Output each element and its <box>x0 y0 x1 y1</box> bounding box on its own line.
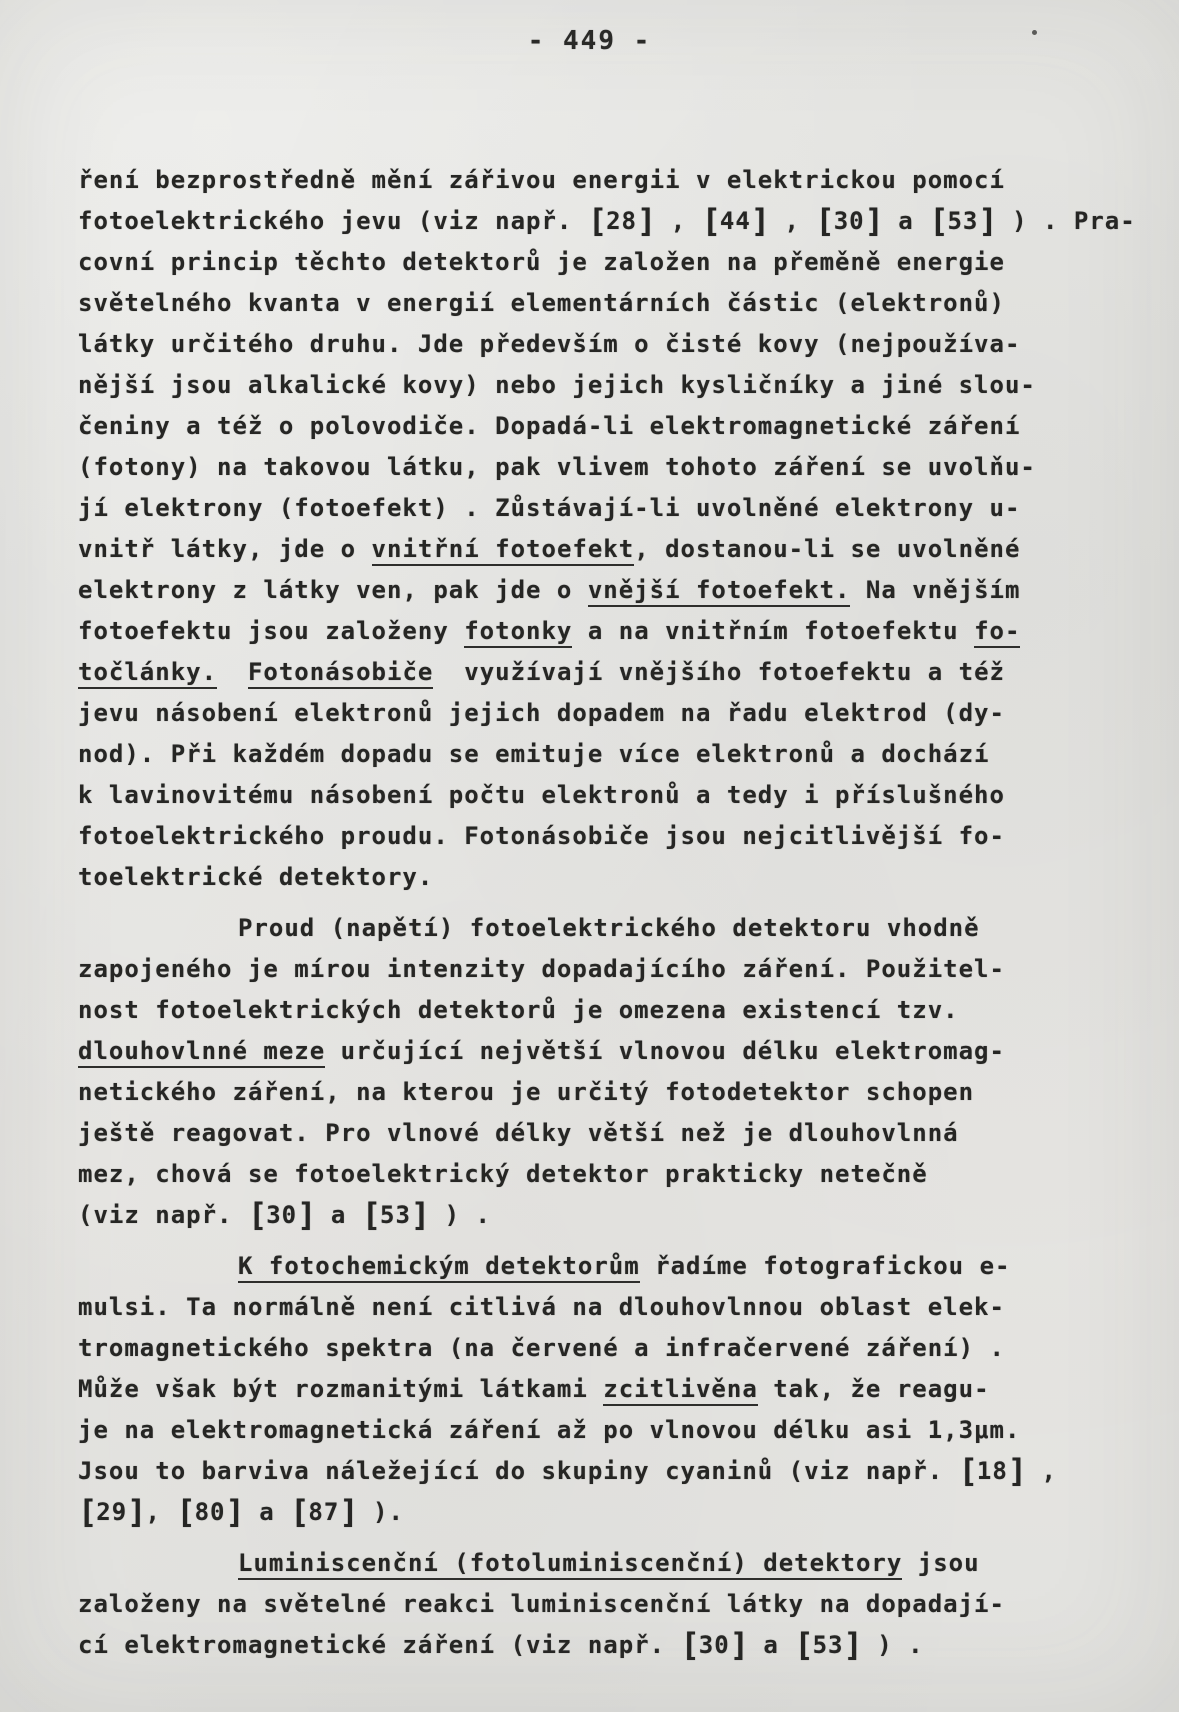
citation-ref: [30] <box>681 1631 748 1659</box>
citation-ref: [28] <box>588 207 655 235</box>
text-line: vnitř látky, jde o vnitřní fotoefekt, do… <box>78 529 1138 570</box>
text-line: dlouhovlnné meze určující největší vlnov… <box>78 1031 1138 1072</box>
citation-ref: [80] <box>176 1498 243 1526</box>
text-segment: ření bezprostředně mění zářivou energii … <box>78 166 1005 194</box>
text-line: nod). Při každém dopadu se emituje více … <box>78 734 1138 775</box>
text-segment: jí elektrony (fotoefekt) . Zůstávají-li … <box>78 494 1020 522</box>
text-segment: Může však být rozmanitými látkami <box>78 1375 603 1403</box>
text-segment: řadíme fotografickou e- <box>640 1252 1011 1280</box>
text-segment: nější jsou alkalické kovy) nebo jejich k… <box>78 371 1036 399</box>
underlined-term: vnitřní fotoefekt <box>372 535 635 566</box>
text-segment: mulsi. Ta normálně není citlivá na dlouh… <box>78 1293 1005 1321</box>
text-segment: mez, chová se fotoelektrický detektor pr… <box>78 1160 928 1188</box>
text-segment: nod). Při každém dopadu se emituje více … <box>78 740 990 768</box>
text-segment: a na vnitřním fotoefektu <box>572 617 974 645</box>
text-segment: světelného kvanta v energií elementárníc… <box>78 289 1005 317</box>
text-line: ření bezprostředně mění zářivou energii … <box>78 160 1138 201</box>
text-line: K fotochemickým detektorům řadíme fotogr… <box>78 1246 1138 1287</box>
text-segment: je na elektromagnetická záření až po vln… <box>78 1416 1020 1444</box>
text-line: (viz např. [30] a [53] ) . <box>78 1195 1138 1236</box>
text-line: elektrony z látky ven, pak jde o vnější … <box>78 570 1138 611</box>
text-line: ještě reagovat. Pro vlnové délky větší n… <box>78 1113 1138 1154</box>
text-segment: covní princip těchto detektorů je založe… <box>78 248 1005 276</box>
document-body: ření bezprostředně mění zářivou energii … <box>78 160 1138 1666</box>
text-segment: fotoelektrického jevu (viz např. <box>78 207 588 235</box>
text-segment: cí elektromagnetické záření (viz např. <box>78 1631 681 1659</box>
text-line: zapojeného je mírou intenzity dopadající… <box>78 949 1138 990</box>
text-segment: netického záření, na kterou je určitý fo… <box>78 1078 974 1106</box>
underlined-term: točlánky. <box>78 658 217 689</box>
text-segment: (viz např. <box>78 1201 248 1229</box>
underlined-term: Fotonásobiče <box>248 658 433 689</box>
text-segment: využívají vnějšího fotoefektu a též <box>433 658 1005 686</box>
text-line: toelektrické detektory. <box>78 857 1138 898</box>
citation-ref: [44] <box>702 207 769 235</box>
text-line: netického záření, na kterou je určitý fo… <box>78 1072 1138 1113</box>
text-segment: ). <box>358 1498 404 1526</box>
text-line: nost fotoelektrických detektorů je omeze… <box>78 990 1138 1031</box>
text-line: založeny na světelné reakci luminiscenčn… <box>78 1584 1138 1625</box>
text-segment: jevu násobení elektronů jejich dopadem n… <box>78 699 1005 727</box>
underlined-term: Luminiscenční (fotoluminiscenční) detekt… <box>238 1549 902 1580</box>
citation-ref: [53] <box>929 207 996 235</box>
text-line: fotoelektrického proudu. Fotonásobiče js… <box>78 816 1138 857</box>
underlined-term: dlouhovlnné meze <box>78 1037 325 1068</box>
citation-ref: [30] <box>248 1201 315 1229</box>
text-line: jí elektrony (fotoefekt) . Zůstávají-li … <box>78 488 1138 529</box>
scan-artifact-dot <box>1032 30 1037 35</box>
text-line: fotoelektrického jevu (viz např. [28] , … <box>78 201 1138 242</box>
text-line: světelného kvanta v energií elementárníc… <box>78 283 1138 324</box>
text-segment: a <box>244 1498 290 1526</box>
text-segment: nost fotoelektrických detektorů je omeze… <box>78 996 959 1024</box>
text-segment <box>217 658 248 686</box>
text-segment: ) . <box>862 1631 924 1659</box>
underlined-term: K fotochemickým detektorům <box>238 1252 640 1283</box>
text-segment: látky určitého druhu. Jde především o či… <box>78 330 1020 358</box>
text-segment: čeniny a též o polovodiče. Dopadá-li ele… <box>78 412 1020 440</box>
citation-ref: [53] <box>362 1201 429 1229</box>
text-line: jevu násobení elektronů jejich dopadem n… <box>78 693 1138 734</box>
citation-ref: [18] <box>959 1457 1026 1485</box>
citation-ref: [53] <box>794 1631 861 1659</box>
text-segment: a <box>748 1631 794 1659</box>
citation-ref: [30] <box>815 207 882 235</box>
text-line: tromagnetického spektra (na červené a in… <box>78 1328 1138 1369</box>
citation-ref: [29] <box>78 1498 145 1526</box>
text-segment: vnitř látky, jde o <box>78 535 372 563</box>
text-segment: fotoelektrického proudu. Fotonásobiče js… <box>78 822 1005 850</box>
underlined-term: fotonky <box>464 617 572 648</box>
text-line: nější jsou alkalické kovy) nebo jejich k… <box>78 365 1138 406</box>
text-segment: , <box>145 1498 176 1526</box>
text-segment: založeny na světelné reakci luminiscenčn… <box>78 1590 1005 1618</box>
text-segment: , <box>769 207 815 235</box>
text-segment: ) . Pra- <box>997 207 1136 235</box>
text-segment: toelektrické detektory. <box>78 863 433 891</box>
text-line: (fotony) na takovou látku, pak vlivem to… <box>78 447 1138 488</box>
text-line: k lavinovitému násobení počtu elektronů … <box>78 775 1138 816</box>
text-line: čeniny a též o polovodiče. Dopadá-li ele… <box>78 406 1138 447</box>
text-segment: Proud (napětí) fotoelektrického detektor… <box>238 914 980 942</box>
text-segment: a <box>315 1201 361 1229</box>
text-line: Luminiscenční (fotoluminiscenční) detekt… <box>78 1543 1138 1584</box>
text-line: fotoefektu jsou založeny fotonky a na vn… <box>78 611 1138 652</box>
underlined-term: fo- <box>974 617 1020 648</box>
citation-ref: [87] <box>290 1498 357 1526</box>
text-segment: tak, že reagu- <box>758 1375 990 1403</box>
text-line: točlánky. Fotonásobiče využívají vnějšíh… <box>78 652 1138 693</box>
text-segment: zapojeného je mírou intenzity dopadající… <box>78 955 1005 983</box>
document-page: - 449 - ření bezprostředně mění zářivou … <box>0 0 1179 1712</box>
text-segment: k lavinovitému násobení počtu elektronů … <box>78 781 1005 809</box>
underlined-term: zcitlivěna <box>603 1375 758 1406</box>
text-segment: jsou <box>902 1549 979 1577</box>
underlined-term: vnější fotoefekt. <box>588 576 851 607</box>
text-segment: fotoefektu jsou založeny <box>78 617 464 645</box>
text-segment: elektrony z látky ven, pak jde o <box>78 576 588 604</box>
text-segment: , dostanou-li se uvolněné <box>634 535 1020 563</box>
text-line: Jsou to barviva náležející do skupiny cy… <box>78 1451 1138 1492</box>
text-segment: tromagnetického spektra (na červené a in… <box>78 1334 1005 1362</box>
text-line: [29], [80] a [87] ). <box>78 1492 1138 1533</box>
page-number: - 449 - <box>0 26 1179 56</box>
text-segment: ještě reagovat. Pro vlnové délky větší n… <box>78 1119 959 1147</box>
text-segment: Na vnějším <box>850 576 1020 604</box>
text-segment: určující největší vlnovou délku elektrom… <box>325 1037 1005 1065</box>
text-segment: , <box>1026 1457 1057 1485</box>
text-segment: , <box>655 207 701 235</box>
text-line: mulsi. Ta normálně není citlivá na dlouh… <box>78 1287 1138 1328</box>
text-line: Může však být rozmanitými látkami zcitli… <box>78 1369 1138 1410</box>
text-line: cí elektromagnetické záření (viz např. [… <box>78 1625 1138 1666</box>
text-line: Proud (napětí) fotoelektrického detektor… <box>78 908 1138 949</box>
text-segment: (fotony) na takovou látku, pak vlivem to… <box>78 453 1036 481</box>
text-line: je na elektromagnetická záření až po vln… <box>78 1410 1138 1451</box>
text-line: látky určitého druhu. Jde především o či… <box>78 324 1138 365</box>
text-line: mez, chová se fotoelektrický detektor pr… <box>78 1154 1138 1195</box>
text-segment: ) . <box>429 1201 491 1229</box>
text-line: covní princip těchto detektorů je založe… <box>78 242 1138 283</box>
text-segment: a <box>883 207 929 235</box>
text-segment: Jsou to barviva náležející do skupiny cy… <box>78 1457 959 1485</box>
